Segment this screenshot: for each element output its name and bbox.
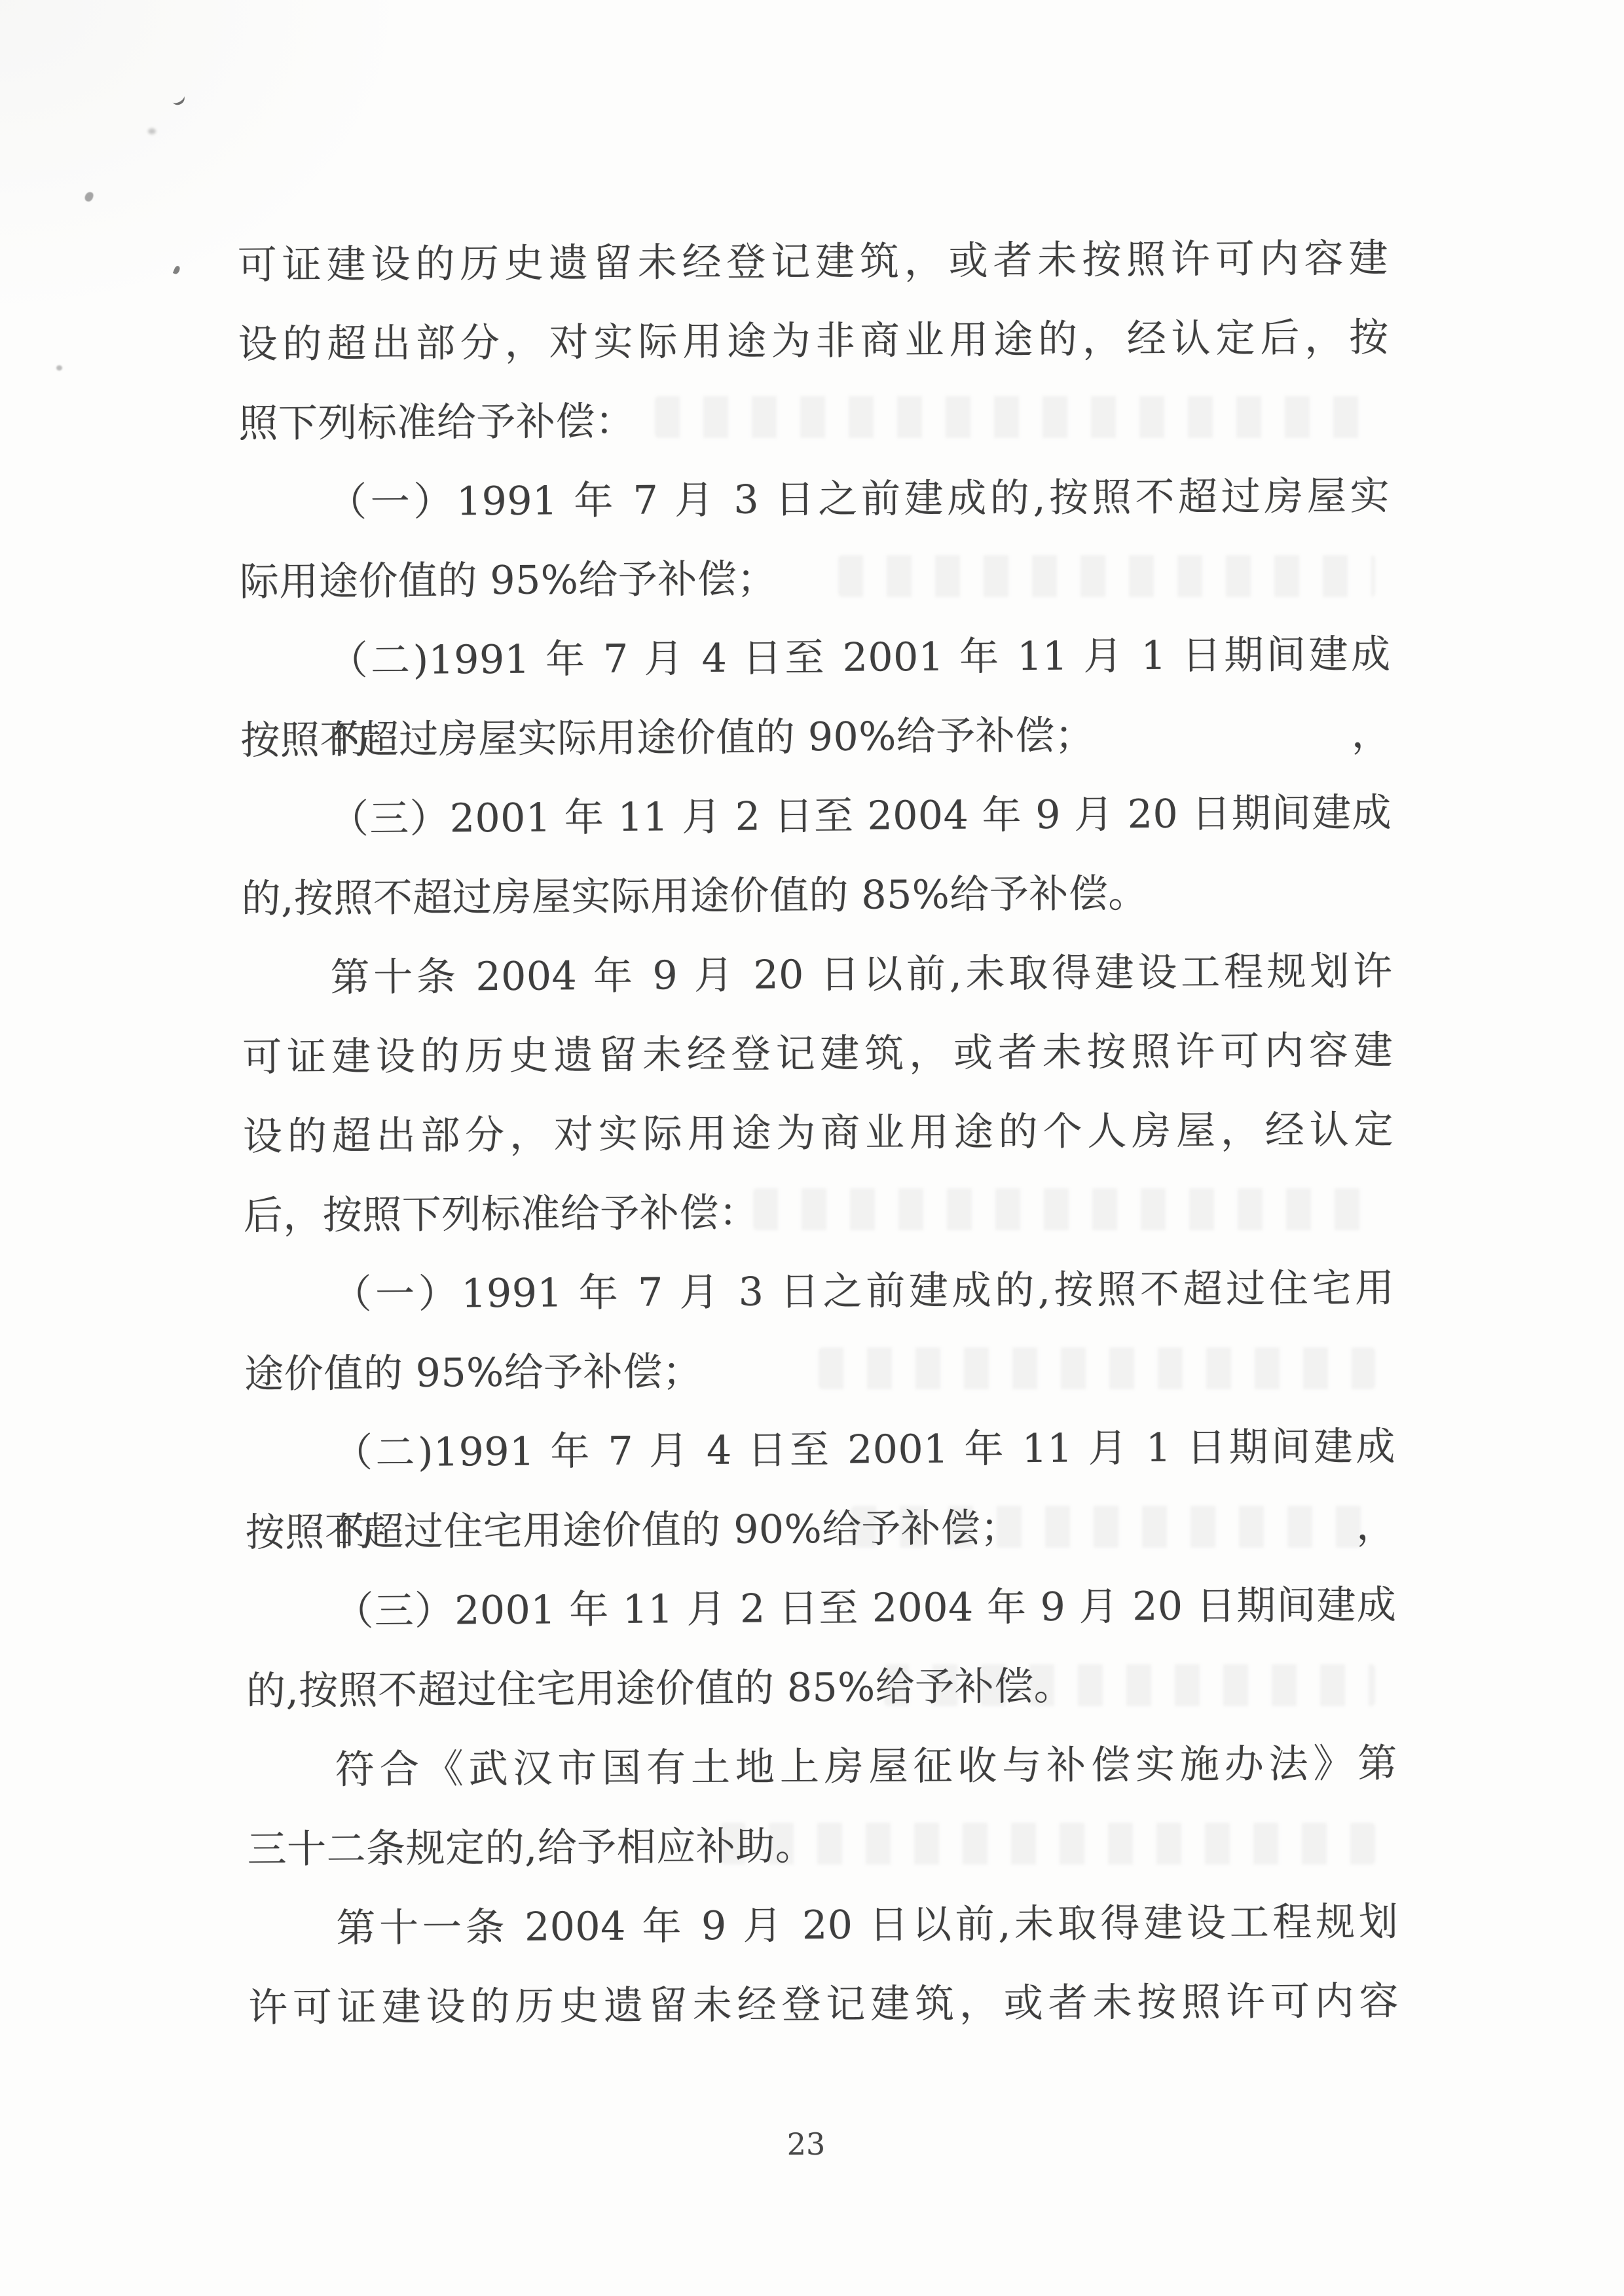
- document-line: 途价值的 95%给予补偿；: [244, 1328, 1395, 1415]
- document-line: （三）2001 年 11 月 2 日至 2004 年 9 月 20 日期间建成: [241, 774, 1392, 860]
- document-line: 设的超出部分，对实际用途为非商业用途的，经认定后，按: [238, 299, 1389, 385]
- document-line: 的,按照不超过住宅用途价值的 85%给予补偿。: [246, 1645, 1397, 1732]
- document-line: 后，按照下列标准给予补偿：: [243, 1170, 1394, 1256]
- document-line: 第十条 2004 年 9 月 20 日以前,未取得建设工程规划许: [242, 932, 1393, 1019]
- document-line: 第十一条 2004 年 9 月 20 日以前,未取得建设工程规划: [248, 1883, 1399, 1969]
- page-number: 23: [0, 2126, 1612, 2162]
- scan-speck: [173, 265, 181, 275]
- document-line: （二)1991 年 7 月 4 日至 2001 年 11 月 1 日期间建成的，: [240, 615, 1391, 702]
- scanned-document-page: 可证建设的历史遗留未经登记建筑，或者未按照许可内容建 设的超出部分，对实际用途为…: [0, 0, 1624, 2296]
- document-line: （二)1991 年 7 月 4 日至 2001 年 11 月 1 日期间建成的，: [245, 1408, 1396, 1494]
- document-line: （一）1991 年 7 月 3 日之前建成的,按照不超过房屋实: [239, 457, 1390, 543]
- document-line: 许可证建设的历史遗留未经登记建筑，或者未按照许可内容: [248, 1962, 1399, 2049]
- document-line: （三）2001 年 11 月 2 日至 2004 年 9 月 20 日期间建成: [246, 1566, 1397, 1652]
- scan-speck: [170, 90, 187, 107]
- scan-speck: [148, 128, 156, 134]
- document-line: 的,按照不超过房屋实际用途价值的 85%给予补偿。: [241, 853, 1392, 939]
- document-line: 际用途价值的 95%给予补偿；: [239, 536, 1390, 623]
- document-line: 三十二条规定的,给予相应补助。: [247, 1804, 1398, 1890]
- scan-speck: [56, 365, 62, 371]
- document-line: 照下列标准给予补偿：: [238, 378, 1390, 464]
- document-line: 可证建设的历史遗留未经登记建筑，或者未按照许可内容建: [238, 219, 1389, 306]
- document-line: 设的超出部分，对实际用途为商业用途的个人房屋，经认定: [243, 1091, 1394, 1177]
- scan-speck: [84, 191, 94, 203]
- document-line: 可证建设的历史遗留未经登记建筑，或者未按照许可内容建: [242, 1011, 1393, 1098]
- document-line: 符合《武汉市国有土地上房屋征收与补偿实施办法》第: [247, 1724, 1398, 1811]
- document-line: （一）1991 年 7 月 3 日之前建成的,按照不超过住宅用: [244, 1249, 1395, 1336]
- document-body: 可证建设的历史遗留未经登记建筑，或者未按照许可内容建 设的超出部分，对实际用途为…: [238, 219, 1399, 2049]
